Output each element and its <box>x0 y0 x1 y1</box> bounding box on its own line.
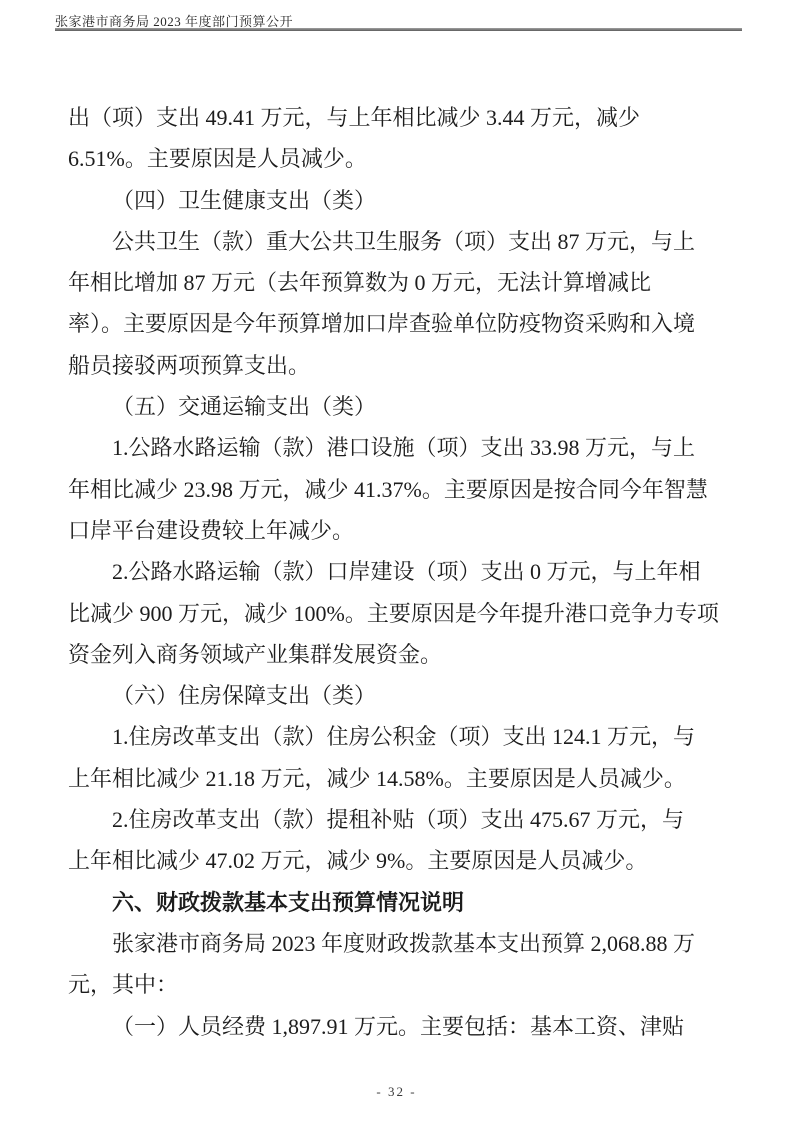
text-line: 公共卫生（款）重大公共卫生服务（项）支出 87 万元，与上 <box>68 221 728 262</box>
text-line: 上年相比减少 47.02 万元，减少 9%。主要原因是人员减少。 <box>68 840 728 881</box>
text-line: 张家港市商务局 2023 年度财政拨款基本支出预算 2,068.88 万 <box>68 923 728 964</box>
text-line: 船员接驳两项预算支出。 <box>68 345 728 386</box>
text-line: 2.公路水路运输（款）口岸建设（项）支出 0 万元，与上年相 <box>68 551 728 592</box>
text-line: 元，其中： <box>68 964 728 1005</box>
text-line: 2.住房改革支出（款）提租补贴（项）支出 475.67 万元，与 <box>68 799 728 840</box>
text-line: （一）人员经费 1,897.91 万元。主要包括：基本工资、津贴 <box>68 1006 728 1047</box>
text-line: 1.公路水路运输（款）港口设施（项）支出 33.98 万元，与上 <box>68 427 728 468</box>
subsection-title: （四）卫生健康支出（类） <box>68 180 728 221</box>
text-line: 1.住房改革支出（款）住房公积金（项）支出 124.1 万元，与 <box>68 716 728 757</box>
page-footer: - 32 - <box>0 1084 793 1100</box>
document-body: 出（项）支出 49.41 万元，与上年相比减少 3.44 万元，减少 6.51%… <box>68 97 728 1047</box>
text-line: 年相比增加 87 万元（去年预算数为 0 万元，无法计算增减比 <box>68 262 728 303</box>
text-line: 出（项）支出 49.41 万元，与上年相比减少 3.44 万元，减少 <box>68 97 728 138</box>
page-number: - 32 - <box>376 1084 416 1099</box>
text-line: 口岸平台建设费较上年减少。 <box>68 510 728 551</box>
text-line: 资金列入商务领域产业集群发展资金。 <box>68 634 728 675</box>
section-heading: 六、财政拨款基本支出预算情况说明 <box>68 882 728 923</box>
text-line: 率）。主要原因是今年预算增加口岸查验单位防疫物资采购和入境 <box>68 303 728 344</box>
text-line: 年相比减少 23.98 万元，减少 41.37%。主要原因是按合同今年智慧 <box>68 469 728 510</box>
text-line: 6.51%。主要原因是人员减少。 <box>68 138 728 179</box>
text-line: 比减少 900 万元，减少 100%。主要原因是今年提升港口竞争力专项 <box>68 593 728 634</box>
document-page: 张家港市商务局 2023 年度部门预算公开 出（项）支出 49.41 万元，与上… <box>0 0 793 1122</box>
header-rule <box>55 28 742 31</box>
subsection-title: （五）交通运输支出（类） <box>68 386 728 427</box>
text-line: 上年相比减少 21.18 万元，减少 14.58%。主要原因是人员减少。 <box>68 758 728 799</box>
subsection-title: （六）住房保障支出（类） <box>68 675 728 716</box>
